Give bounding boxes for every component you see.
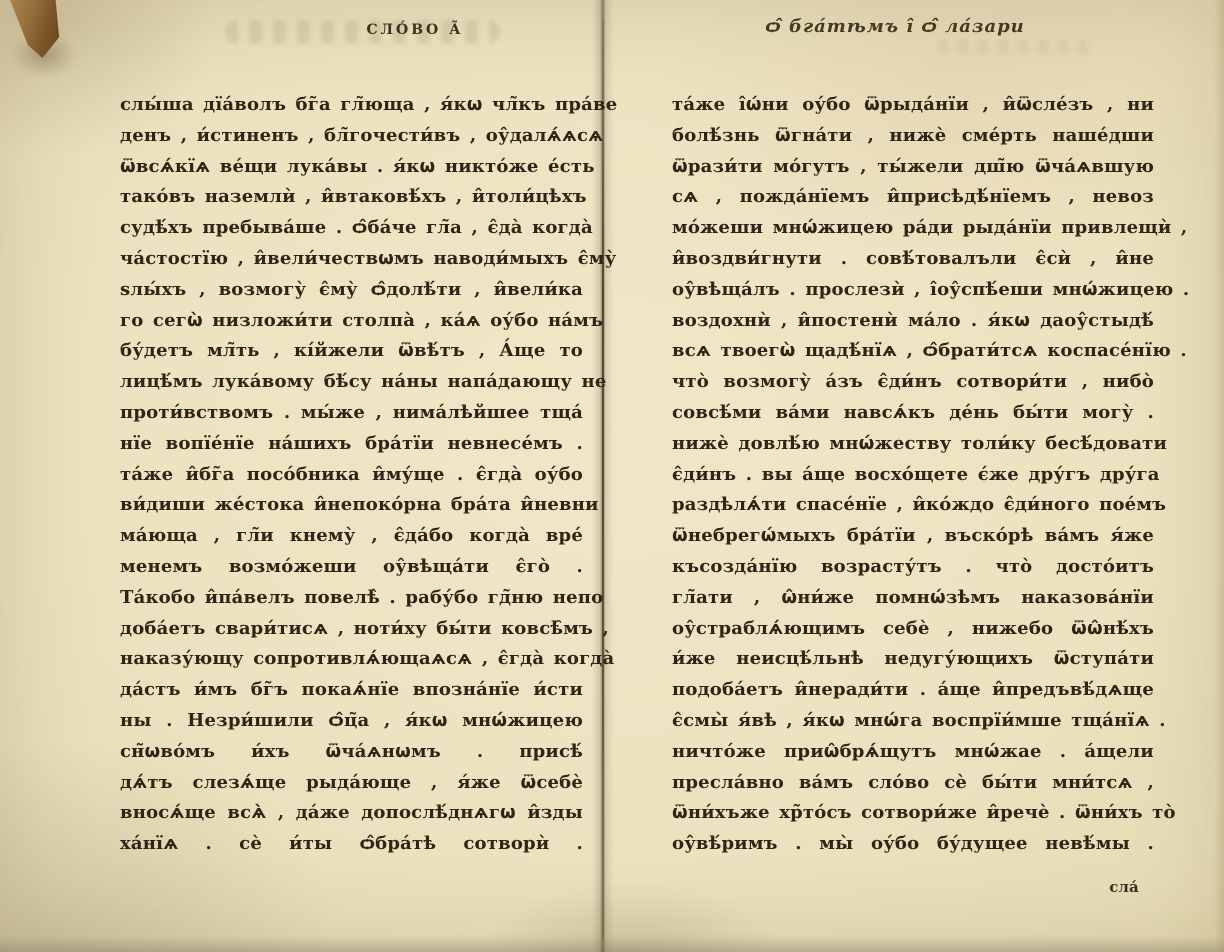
text-line: слы́ша дїа́волъ бг̃а гл̃юща , я́кѡ чл̃къ… [120, 90, 583, 121]
right-page: ѻ̂ бга́тѣмъ і̂ ѻ̂ ла́зари та́же і̂ѡ́ни о… [608, 0, 1224, 952]
text-line: менемъ возмо́жеши оу̂вѣща́ти є̂го̀ . [120, 552, 583, 583]
catchword: сла́ [1086, 878, 1162, 896]
text-line: ѿвсѧ́кїѧ ве́щи лука́вы . я́кѡ никто́же е… [120, 152, 583, 183]
text-line: є̂смы̀ я́вѣ , я́кѡ мнѡ́га воспрїи́мше тщ… [672, 706, 1154, 737]
text-line: и́же неисцѣ́льнѣ недугу́ющихъ ѿступа́ти [672, 644, 1154, 675]
text-line: лицѣ́мъ лука́вому бѣ́су на́ны напа́дающу… [120, 367, 583, 398]
text-line: ѿни́хъже хр̃то́съ сотвори́же и̂речѐ . ѿн… [672, 798, 1154, 829]
left-page-text: слы́ша дїа́волъ бг̃а гл̃юща , я́кѡ чл̃къ… [120, 90, 583, 860]
text-line: что̀ возмогу̀ а́зъ є̂ди́нъ сотвори́ти , … [672, 367, 1154, 398]
text-line: ви́диши же́стока и̂непоко́рна бра́та и̂н… [120, 490, 583, 521]
text-line: ничто́же приѡ̂брѧ́щутъ мнѡ́жае . а́щели [672, 737, 1154, 768]
text-line: нижѐ довлѣ́ю мнѡ́жеству толи́ку бесѣ́дов… [672, 429, 1154, 460]
text-line: оу̂вѣща́лъ . прослезѝ , і̂оу̂спѣ́еши мнѡ… [672, 275, 1154, 306]
text-line: и̂воздви́гнути . совѣ́товалъли є̂сѝ , и̂… [672, 244, 1154, 275]
text-line: проти́вствомъ . мы́же , нима́лѣйшее тща́ [120, 398, 583, 429]
text-line: мо́жеши мнѡ́жицею ра́ди рыда́нїи привлещ… [672, 213, 1154, 244]
text-line: да́стъ и́мъ бг̃ъ покаѧ́нїе впозна́нїе и́… [120, 675, 583, 706]
text-line: ча́стостїю , и̂вели́чествѡмъ наводи́мыхъ… [120, 244, 583, 275]
left-page-header: сло́во а̃ [335, 22, 495, 38]
bleed-through-smudge [938, 40, 1098, 54]
text-line: ѿнебрегѡ́мыхъ бра́тїи , въско́рѣ ва́мъ я… [672, 521, 1154, 552]
text-line: ма́юща , гл̃и кнему̀ , є̂да́бо когда̀ вр… [120, 521, 583, 552]
text-line: судѣ́хъ пребыва́ше . ѻ̂ба́че гл̃а , є̂да… [120, 213, 583, 244]
text-line: вносѧ́ще всѧ̀ , да́же допослѣ́днѧгѡ и̂зд… [120, 798, 583, 829]
text-line: подоба́етъ и̂неради́ти . а́ще и̂предъвѣ́… [672, 675, 1154, 706]
bottom-edge-shadow [0, 936, 1224, 952]
text-line: го сегѡ̀ низложи́ти столпа̀ , ка́ѧ оу́бо… [120, 306, 583, 337]
right-edge-shadow [1214, 0, 1224, 952]
text-line: оу̂страблѧ́ющимъ себѐ , нижебо ѿѡ̂нѣ́хъ [672, 614, 1154, 645]
text-line: є̂ди́нъ . вы а́ще восхо́щете є́же дру́гъ… [672, 460, 1154, 491]
text-line: совсѣ́ми ва́ми навсѧ́къ де́нь бы́ти могу… [672, 398, 1154, 429]
text-line: късозда́нїю возрасту́тъ . что̀ досто́итъ [672, 552, 1154, 583]
text-line: ны . Незри́шили ѻ̂ц̃а , я́кѡ мнѡ́жицею [120, 706, 583, 737]
text-line: бу́детъ мл̃ть , кі́йжели ѿвѣ́тъ , А́ще т… [120, 336, 583, 367]
text-line: дѧ́тъ слезѧ́ще рыда́юще , я́же ѿсебѐ [120, 768, 583, 799]
text-line: та́же і̂ѡ́ни оу́бо ѿрыда́нїи , и̂ѿсле́зъ… [672, 90, 1154, 121]
text-line: та́же и̂бг̃а посо́бника и̂му́ще . є̂гда̀… [120, 460, 583, 491]
text-line: сѧ , пожда́нїемъ и̂присѣдѣ́нїемъ , невоз [672, 182, 1154, 213]
text-line: ѕлы́хъ , возмогу̀ є̂му̀ ѻ̂долѣ́ти , и̂ве… [120, 275, 583, 306]
text-line: Та́кобо и̂па́велъ повелѣ̀ . рабу́бо гд̃н… [120, 583, 583, 614]
text-line: болѣ́знь ѿгна́ти , нижѐ сме́рть наше́дши [672, 121, 1154, 152]
text-line: воздохнѝ , и̂постенѝ ма́ло . я́кѡ даоу̂с… [672, 306, 1154, 337]
text-line: наказу́ющу сопротивлѧ́ющаѧсѧ , є̂гда̀ ко… [120, 644, 583, 675]
right-page-text: та́же і̂ѡ́ни оу́бо ѿрыда́нїи , и̂ѿсле́зъ… [672, 90, 1154, 860]
text-line: денъ , и́стиненъ , бл̃гочести́въ , оу̂да… [120, 121, 583, 152]
text-line: доба́етъ свари́тисѧ , ноти́ху бы́ти ковс… [120, 614, 583, 645]
text-line: раздѣлѧ́ти спасе́нїе , и̂ко́ждо є̂ди́ног… [672, 490, 1154, 521]
text-line: пресла́вно ва́мъ сло́во сѐ бы́ти мни́тсѧ… [672, 768, 1154, 799]
text-line: оу̂вѣ́римъ . мы̀ оу́бо бу́дущее невѣ́мы … [672, 829, 1154, 860]
text-line: всѧ твоегѡ̀ щадѣ́нїѧ , ѻ̂брати́тсѧ коспа… [672, 336, 1154, 367]
text-line: ѿрази́ти мо́гутъ , ты́жели дш̃ю ѿча́ѧвшу… [672, 152, 1154, 183]
text-line: тако́въ наземлѝ , и̂втаковѣ́хъ , и̂толи́… [120, 182, 583, 213]
text-line: сн̃ѡво́мъ и́хъ ѿча́ѧнѡмъ . присѣ́ [120, 737, 583, 768]
right-page-header: ѻ̂ бга́тѣмъ і̂ ѻ̂ ла́зари [750, 16, 1040, 37]
text-line: гл̃ати , ѡ̂ни́же помнѡ́зѣмъ наказова́нїи [672, 583, 1154, 614]
text-line: нїе вопїе́нїе на́шихъ бра́тїи невнесе́мъ… [120, 429, 583, 460]
text-line: ха́нїѧ . сѐ и́ты ѻ̂бра́тѣ сотворѝ . [120, 829, 583, 860]
book-spread: сло́во а̃ слы́ша дїа́волъ бг̃а гл̃юща , … [0, 0, 1224, 952]
left-page: сло́во а̃ слы́ша дїа́волъ бг̃а гл̃юща , … [0, 0, 600, 952]
